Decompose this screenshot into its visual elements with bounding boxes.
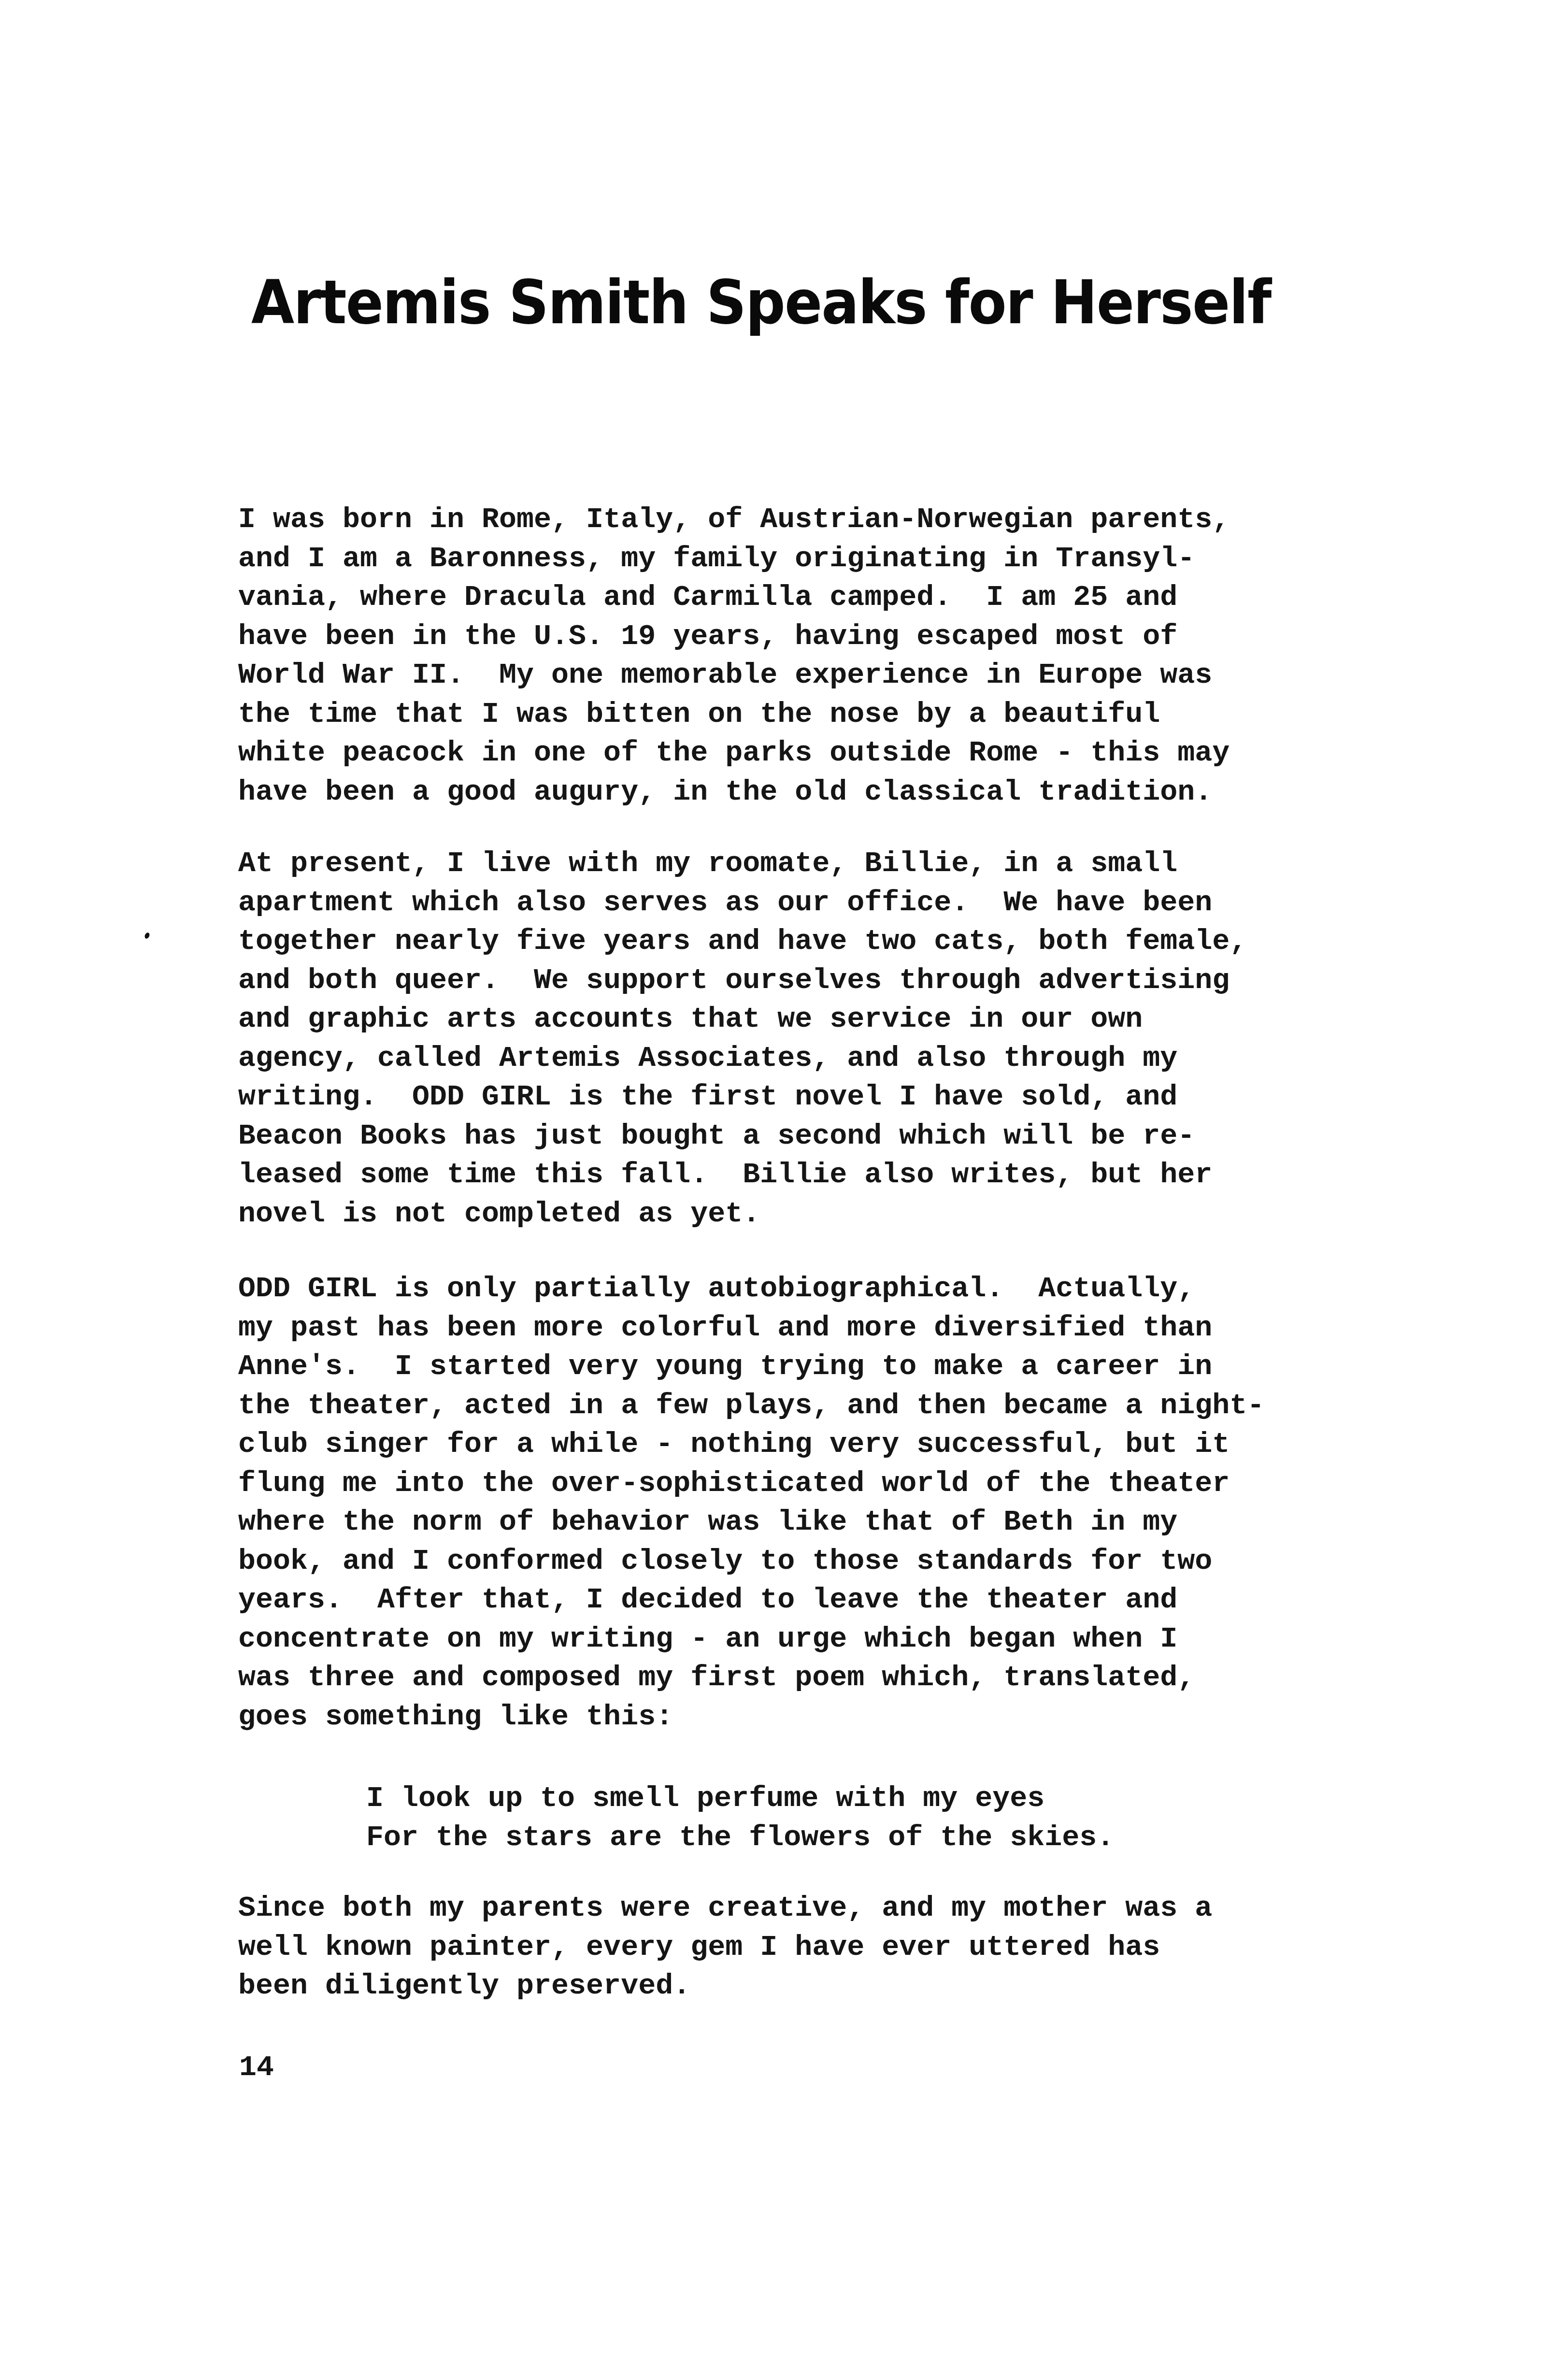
- text-line: goes something like this:: [238, 1698, 1349, 1737]
- text-line: agency, called Artemis Associates, and a…: [238, 1039, 1349, 1078]
- text-line: been diligently preserved.: [238, 1967, 1349, 2006]
- text-line: where the norm of behavior was like that…: [238, 1503, 1349, 1542]
- poem-line: I look up to smell perfume with my eyes: [366, 1779, 1114, 1819]
- text-line: writing. ODD GIRL is the first novel I h…: [238, 1078, 1349, 1117]
- text-line: have been a good augury, in the old clas…: [238, 773, 1349, 812]
- page-title: Artemis Smith Speaks for Herself: [251, 268, 1240, 338]
- text-line: and both queer. We support ourselves thr…: [238, 961, 1349, 1001]
- paragraph-birth-background: I was born in Rome, Italy, of Austrian-N…: [238, 501, 1349, 812]
- text-line: novel is not completed as yet.: [238, 1195, 1349, 1234]
- text-line: and graphic arts accounts that we servic…: [238, 1000, 1349, 1039]
- text-line: the theater, acted in a few plays, and t…: [238, 1387, 1349, 1426]
- text-line: the time that I was bitten on the nose b…: [238, 695, 1349, 734]
- text-line: club singer for a while - nothing very s…: [238, 1425, 1349, 1464]
- poem-line: For the stars are the flowers of the ski…: [366, 1819, 1114, 1858]
- text-line: ODD GIRL is only partially autobiographi…: [238, 1270, 1349, 1309]
- text-line: apartment which also serves as our offic…: [238, 884, 1349, 923]
- text-line: leased some time this fall. Billie also …: [238, 1156, 1349, 1195]
- text-line: well known painter, every gem I have eve…: [238, 1928, 1349, 1967]
- text-line: At present, I live with my roomate, Bill…: [238, 845, 1349, 884]
- text-line: my past has been more colorful and more …: [238, 1309, 1349, 1348]
- poem-block: I look up to smell perfume with my eyesF…: [366, 1779, 1114, 1857]
- text-line: have been in the U.S. 19 years, having e…: [238, 617, 1349, 657]
- text-line: Since both my parents were creative, and…: [238, 1889, 1349, 1928]
- text-line: flung me into the over-sophisticated wor…: [238, 1464, 1349, 1504]
- text-line: book, and I conformed closely to those s…: [238, 1542, 1349, 1581]
- text-line: together nearly five years and have two …: [238, 922, 1349, 961]
- text-line: Anne's. I started very young trying to m…: [238, 1348, 1349, 1387]
- text-line: white peacock in one of the parks outsid…: [238, 734, 1349, 773]
- text-line: and I am a Baronness, my family originat…: [238, 540, 1349, 579]
- margin-ink-mark: [144, 932, 151, 940]
- text-line: Beacon Books has just bought a second wh…: [238, 1117, 1349, 1156]
- text-line: concentrate on my writing - an urge whic…: [238, 1620, 1349, 1659]
- text-line: I was born in Rome, Italy, of Austrian-N…: [238, 501, 1349, 540]
- paragraph-parents: Since both my parents were creative, and…: [238, 1889, 1349, 2006]
- text-line: vania, where Dracula and Carmilla camped…: [238, 578, 1349, 617]
- text-line: years. After that, I decided to leave th…: [238, 1581, 1349, 1620]
- paragraph-career: ODD GIRL is only partially autobiographi…: [238, 1270, 1349, 1736]
- text-line: World War II. My one memorable experienc…: [238, 656, 1349, 695]
- text-line: was three and composed my first poem whi…: [238, 1659, 1349, 1698]
- page-number: 14: [239, 2051, 274, 2084]
- document-page: Artemis Smith Speaks for Herself I was b…: [0, 0, 1545, 2380]
- paragraph-present-life: At present, I live with my roomate, Bill…: [238, 845, 1349, 1233]
